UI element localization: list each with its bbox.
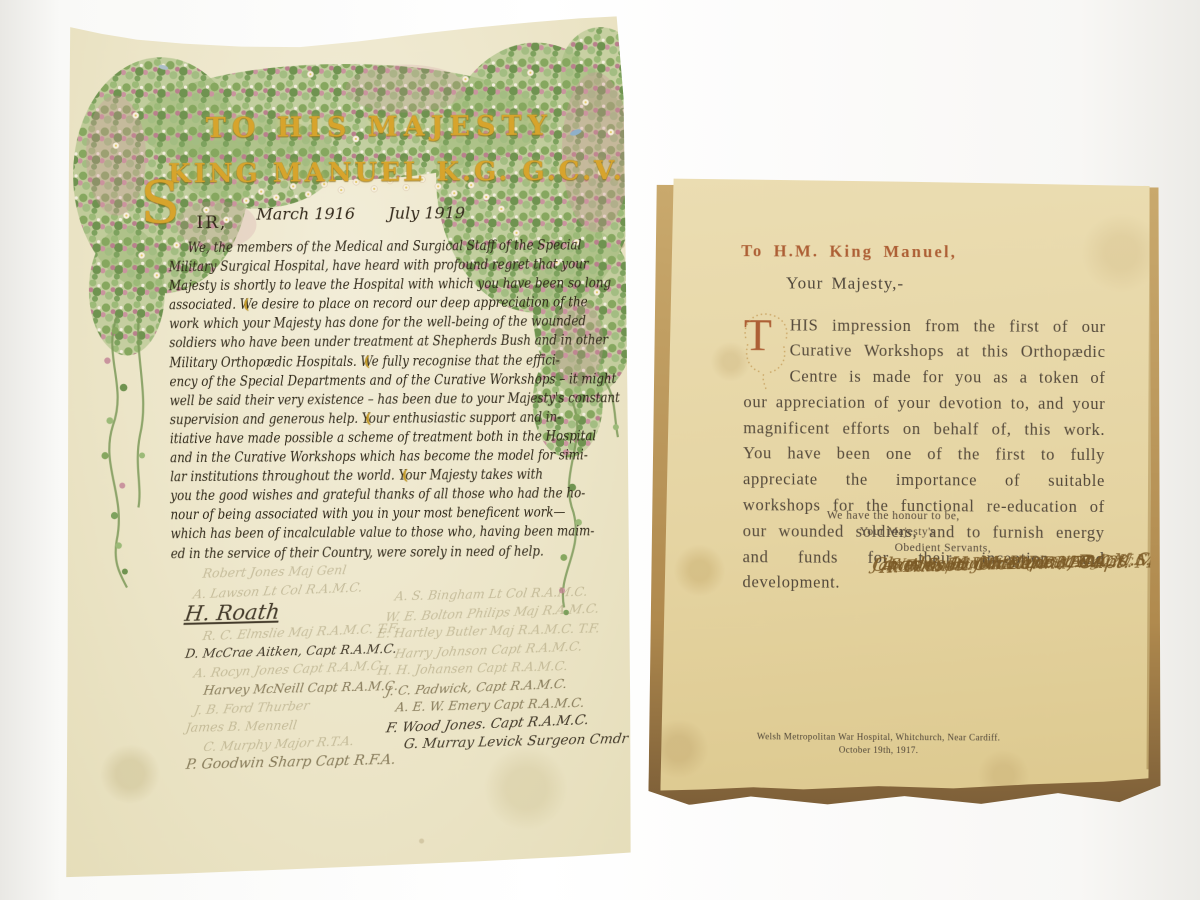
manuscript-line: nour of being associated with you in you… [170,504,549,526]
letter-heading: To H.M. King Manuel, [741,241,957,262]
manuscript-line: ency of the Special Departments and of t… [169,370,548,392]
manuscript-line: you the good wishes and grateful thanks … [170,485,549,507]
manuscript-body: We, the members of the Medical and Surgi… [169,237,550,564]
salutation-rest: IR, [196,213,227,233]
signature: Wm. B. Reid, Lt. M.R.C. U.S.A. [889,553,1109,574]
footer-hospital: Welsh Metropolitan War Hospital, Whitchu… [709,730,1049,745]
signature: G. Murray Levick Surgeon Cmdr R.N. [403,731,595,754]
manuscript-line: soldiers who have been under treatment a… [169,332,548,354]
address-date-end: July 1919 [388,203,465,223]
manuscript-line: We, the members of the Medical and Surgi… [169,237,548,259]
gold-paragraph-mark: ( [365,410,371,429]
manuscript-line: lar institutions throughout the world. (… [170,466,549,488]
photo-of-documents: TO HIS MAJESTY KING MANUEL K.G. G.C.V.O.… [0,0,1200,900]
manuscript-line: and in the Curative Workshops which has … [170,447,549,469]
manuscript-line: Majesty is shortly to leave the Hospital… [169,275,548,297]
manuscript-line: Military Surgical Hospital, have heard w… [169,256,548,278]
address-date-start: March 1916 [256,204,355,224]
manuscript-line: Military Orthopædic Hospitals. (We fully… [169,351,548,373]
letter-footer: Welsh Metropolitan War Hospital, Whitchu… [709,730,1049,758]
manuscript-signatures-left: Robert Jones Maj GenlA. Lawson Lt Col R.… [185,562,386,772]
gold-paragraph-mark: ( [243,296,249,315]
footer-date: October 19th, 1917. [709,743,1049,758]
address-title-line1: TO HIS MAJESTY [206,111,506,144]
manuscript-signatures-right: A. S. Bingham Lt Col R.A.M.C.W. E. Bolto… [377,584,593,752]
manuscript-line: work which your Majesty has done for the… [169,313,548,335]
printed-letter-document: To H.M. King Manuel, Your Majesty,- T HI… [653,177,1156,795]
manuscript-line: well be said their very existence – has … [170,389,549,411]
address-title-line2: KING MANUEL K.G. G.C.V.O. [168,157,534,190]
dropcap-ornament [737,308,795,392]
gold-paragraph-mark: ( [364,352,370,371]
letter-salutation: Your Majesty,- [786,273,904,294]
manuscript-line: itiative have made possible a scheme of … [170,428,549,450]
illuminated-address-document: TO HIS MAJESTY KING MANUEL K.G. G.C.V.O.… [55,12,643,878]
manuscript-line: which has been of incalculable value to … [171,523,550,545]
valediction-line: Your Majesty's [860,524,1105,541]
illuminated-initial-S: S [140,173,180,231]
letter-valediction: We have the honour to be,Your Majesty'sO… [743,507,1105,557]
gold-paragraph-mark: ( [402,467,408,486]
dropcap-block: T [744,312,790,388]
valediction-line: We have the honour to be, [827,508,1105,525]
letter-signatures: S. Alwyn Smith Major R.A.M.C.H. Winnett … [873,554,1173,556]
manuscript-line: supervision and generous help. (Your ent… [170,408,549,430]
manuscript-line: associated. (We desire to place on recor… [169,294,548,316]
